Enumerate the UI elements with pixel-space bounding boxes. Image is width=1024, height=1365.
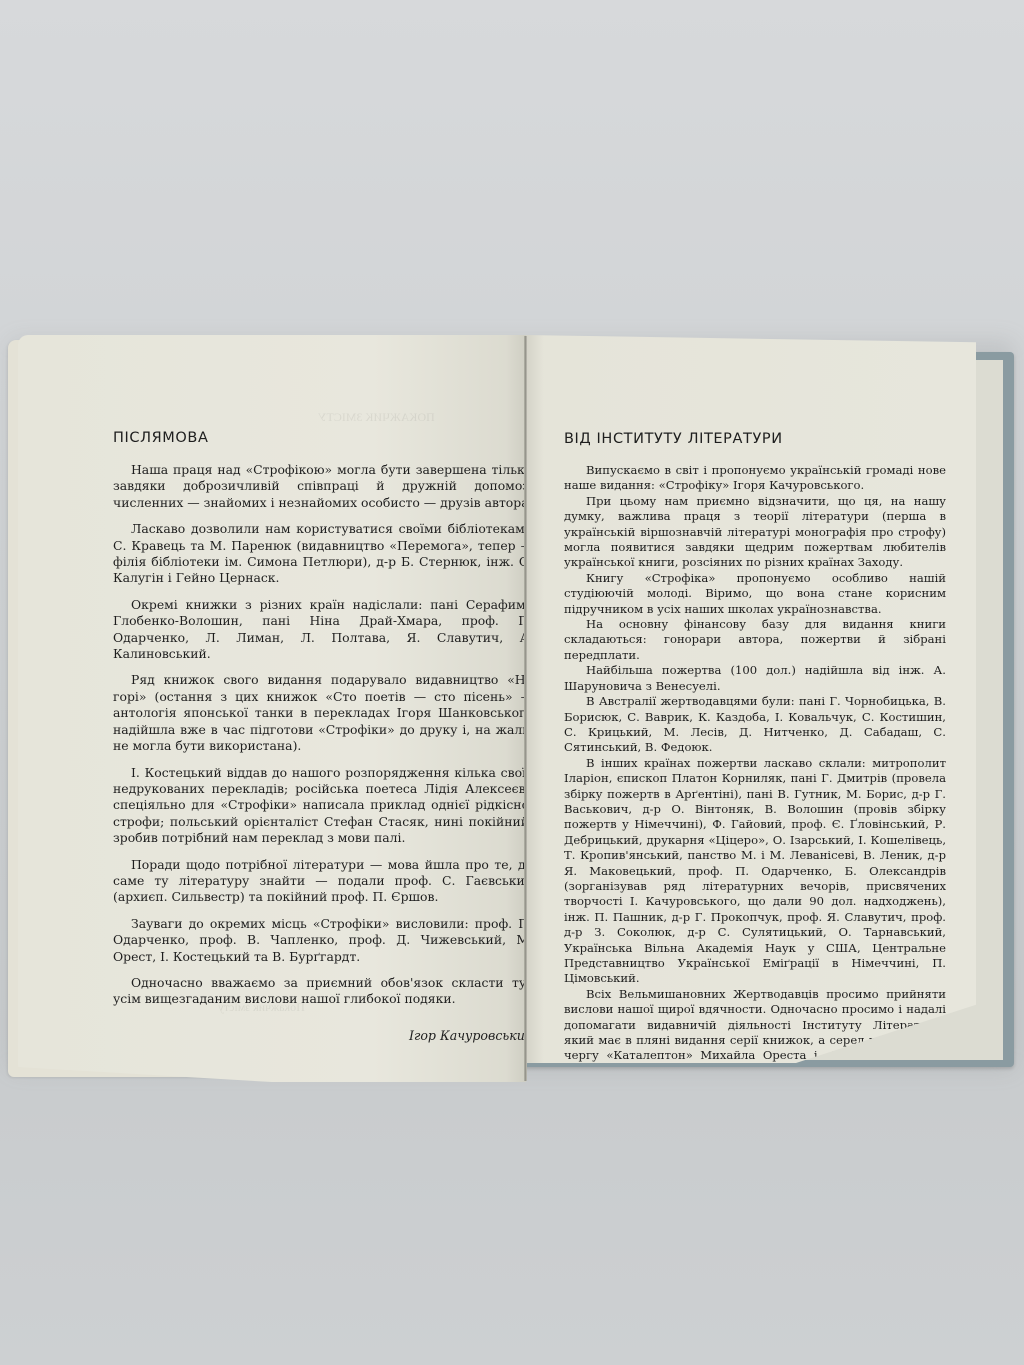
institute-signature: Інститут Літератури ім. Михайла Ореста	[564, 1095, 946, 1109]
institute-heading: ВІД ІНСТИТУТУ ЛІТЕРАТУРИ	[564, 431, 946, 447]
paragraph: Наша праця над «Строфікою» могла бути за…	[113, 462, 533, 511]
bleed-through-header: ПОКАЖЧИК ЗМІСТУ	[318, 410, 435, 425]
paragraph: Книгу «Строфіка» пропонуємо особливо наш…	[564, 571, 946, 617]
paragraph: Поради щодо потрібної літератури — мова …	[113, 857, 533, 906]
paragraph: Окремі книжки з різних країн надіслали: …	[113, 597, 533, 663]
left-page: ПОКАЖЧИК ЗМІСТУ Покажчик змісту ПІСЛЯМОВ…	[18, 335, 526, 1082]
paragraph: І. Костецький віддав до нашого розпорядж…	[113, 765, 533, 847]
paragraph: На основну фінансову базу для видання кн…	[564, 617, 946, 663]
paragraph: При цьому нам приємно відзначити, що ця,…	[564, 494, 946, 571]
paragraph: В Австралії жертводавцями були: пані Г. …	[564, 694, 946, 756]
paragraph: Найбільша пожертва (100 дол.) надійшла в…	[564, 663, 946, 694]
paragraph: Ласкаво дозволили нам користуватися свої…	[113, 521, 533, 587]
paragraph: Випускаємо в світ і пропонуємо українськ…	[564, 463, 946, 494]
paragraph: Одночасно вважаємо за приємний обов'язок…	[113, 975, 533, 1008]
paragraph: Ряд книжок свого видання подарувало вида…	[113, 672, 533, 754]
book-gutter	[524, 336, 527, 1081]
paragraph: Зауваги до окремих місць «Строфіки» висл…	[113, 916, 533, 965]
afterword-heading: ПІСЛЯМОВА	[113, 430, 508, 446]
author-signature: Ігор Качуровський	[113, 1028, 533, 1043]
right-page: ВІД ІНСТИТУТУ ЛІТЕРАТУРИ Випускаємо в св…	[526, 335, 976, 1063]
paragraph: В інших країнах пожертви ласкаво склали:…	[564, 756, 946, 987]
bleed-through-footer: Покажчик змісту	[218, 1000, 305, 1015]
